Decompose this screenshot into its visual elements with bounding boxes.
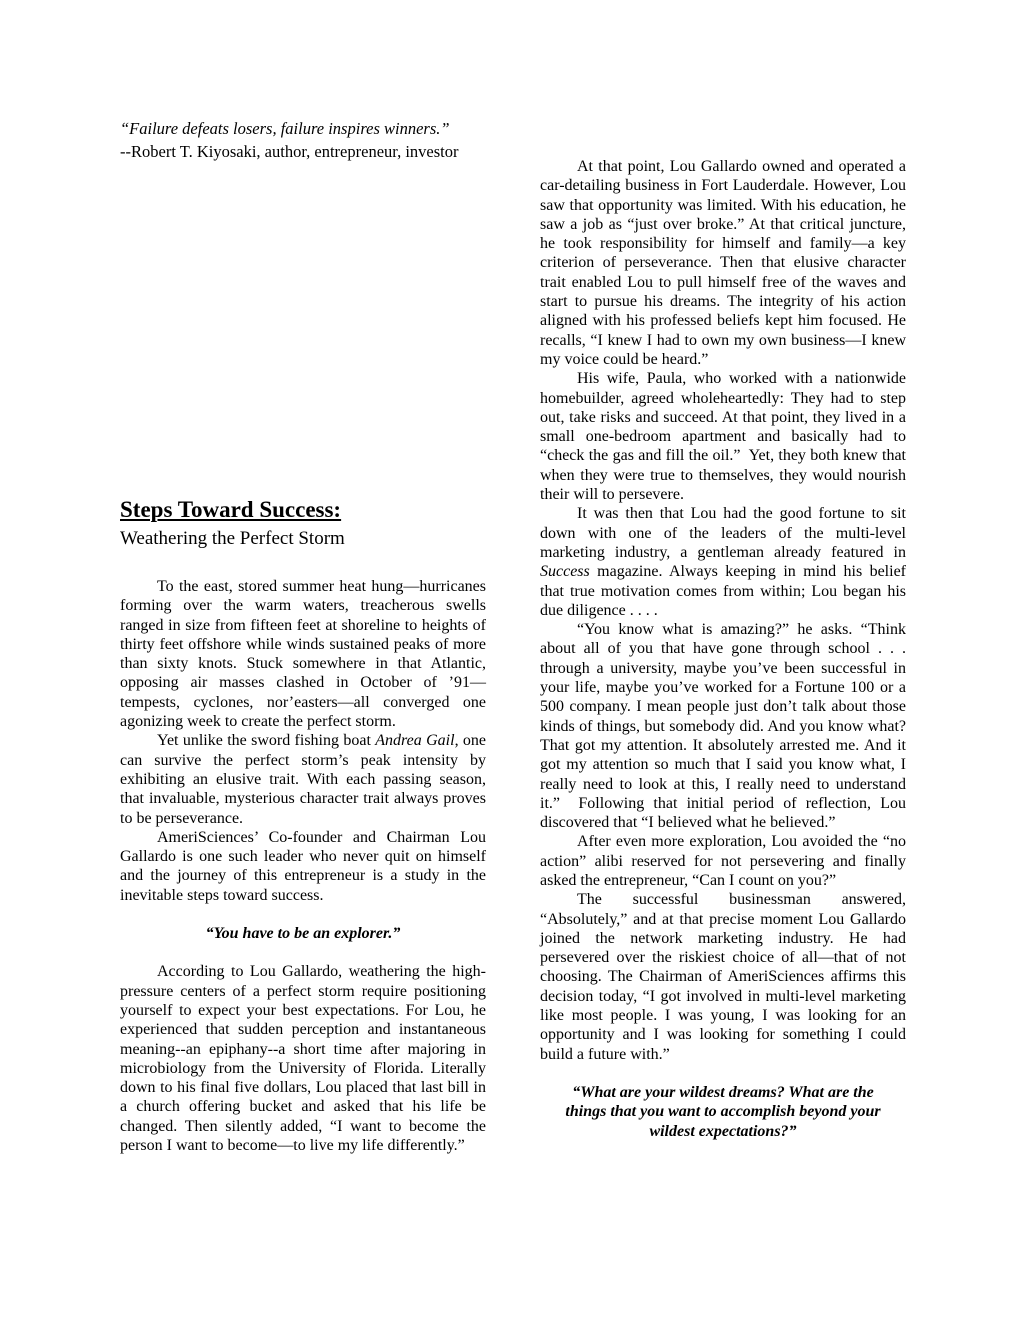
paragraph: It was then that Lou had the good fortun… (540, 504, 906, 620)
epigraph: “Failure defeats losers, failure inspire… (120, 117, 540, 163)
article-subtitle: Weathering the Perfect Storm (120, 526, 500, 552)
article-headline: Steps Toward Success: Weathering the Per… (120, 494, 500, 552)
left-column: To the east, stored summer heat hung—hur… (120, 577, 486, 1155)
paragraph: To the east, stored summer heat hung—hur… (120, 577, 486, 731)
paragraph: After even more exploration, Lou avoided… (540, 832, 906, 890)
pull-quote: “You have to be an explorer.” (133, 924, 473, 943)
epigraph-attribution: --Robert T. Kiyosaki, author, entreprene… (120, 140, 540, 163)
paragraph: AmeriSciences’ Co-founder and Chairman L… (120, 828, 486, 905)
paragraph: At that point, Lou Gallardo owned and op… (540, 157, 906, 369)
right-column: At that point, Lou Gallardo owned and op… (540, 157, 906, 1160)
article-title: Steps Toward Success: (120, 494, 500, 525)
epigraph-quote: “Failure defeats losers, failure inspire… (120, 117, 540, 140)
paragraph: Yet unlike the sword fishing boat Andrea… (120, 731, 486, 827)
paragraph: “You know what is amazing?” he asks. “Th… (540, 620, 906, 832)
paragraph: According to Lou Gallardo, weathering th… (120, 962, 486, 1155)
pull-quote: “What are your wildest dreams? What are … (553, 1083, 893, 1141)
paragraph: His wife, Paula, who worked with a natio… (540, 369, 906, 504)
document-page: “Failure defeats losers, failure inspire… (0, 0, 1020, 1320)
paragraph: The successful businessman answered, “Ab… (540, 890, 906, 1064)
